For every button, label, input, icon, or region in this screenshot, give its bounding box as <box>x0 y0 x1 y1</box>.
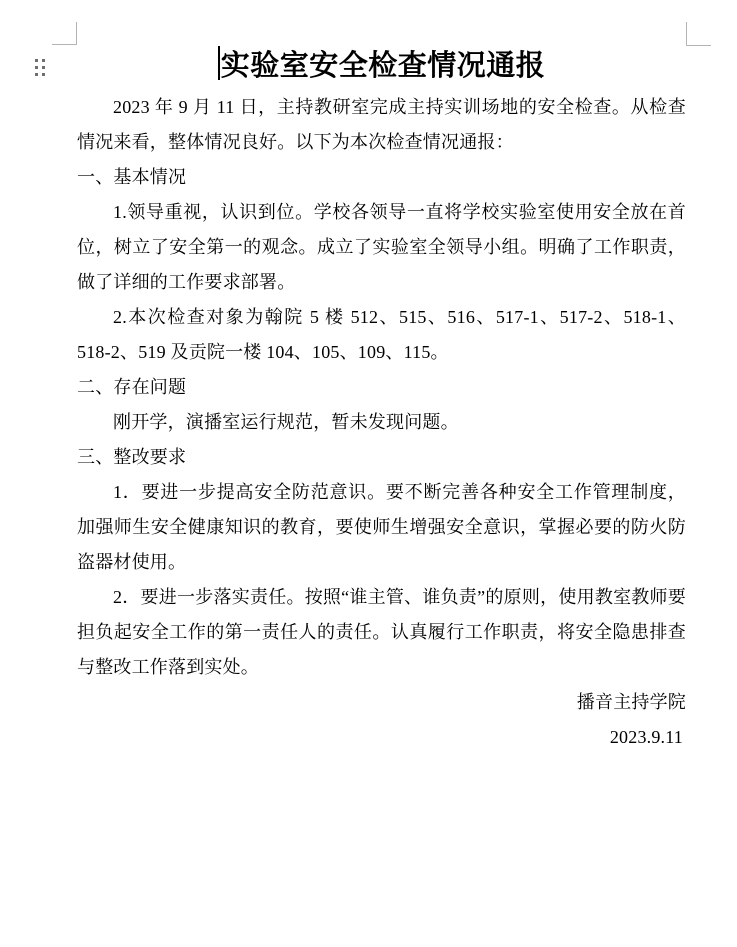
paragraph-section3-item1[interactable]: 1．要进一步提高安全防范意识。要不断完善各种安全工作管理制度，加强师生安全健康知… <box>77 475 686 580</box>
margin-corner-mark-top-left-icon <box>52 22 77 45</box>
section-heading-1[interactable]: 一、基本情况 <box>77 160 686 195</box>
signature-date[interactable]: 2023.9.11 <box>77 720 686 755</box>
paragraph-section3-item2[interactable]: 2．要进一步落实责任。按照“谁主管、谁负责”的原则，使用教室教师要担负起安全工作… <box>77 580 686 685</box>
word-document-page: 实验室安全检查情况通报 2023 年 9 月 11 日，主持教研室完成主持实训场… <box>0 0 737 947</box>
section-heading-3[interactable]: 三、整改要求 <box>77 440 686 475</box>
paragraph-section1-item1[interactable]: 1.领导重视，认识到位。学校各领导一直将学校实验室使用安全放在首位，树立了安全第… <box>77 195 686 300</box>
document-title-text: 实验室安全检查情况通报 <box>221 50 546 82</box>
document-title[interactable]: 实验室安全检查情况通报 <box>77 42 686 90</box>
document-body: 实验室安全检查情况通报 2023 年 9 月 11 日，主持教研室完成主持实训场… <box>77 42 686 755</box>
paragraph-intro[interactable]: 2023 年 9 月 11 日，主持教研室完成主持实训场地的安全检查。从检查情况… <box>77 90 686 160</box>
paragraph-section2-item1[interactable]: 刚开学，演播室运行规范，暂未发现问题。 <box>77 405 686 440</box>
margin-corner-mark-top-right-icon <box>686 22 711 46</box>
paragraph-section1-item2[interactable]: 2.本次检查对象为翰院 5 楼 512、515、516、517-1、517-2、… <box>77 300 686 370</box>
signature-organization[interactable]: 播音主持学院 <box>77 685 686 720</box>
section-heading-2[interactable]: 二、存在问题 <box>77 370 686 405</box>
text-cursor-icon <box>218 46 220 80</box>
paragraph-drag-handle-icon[interactable] <box>35 59 45 76</box>
